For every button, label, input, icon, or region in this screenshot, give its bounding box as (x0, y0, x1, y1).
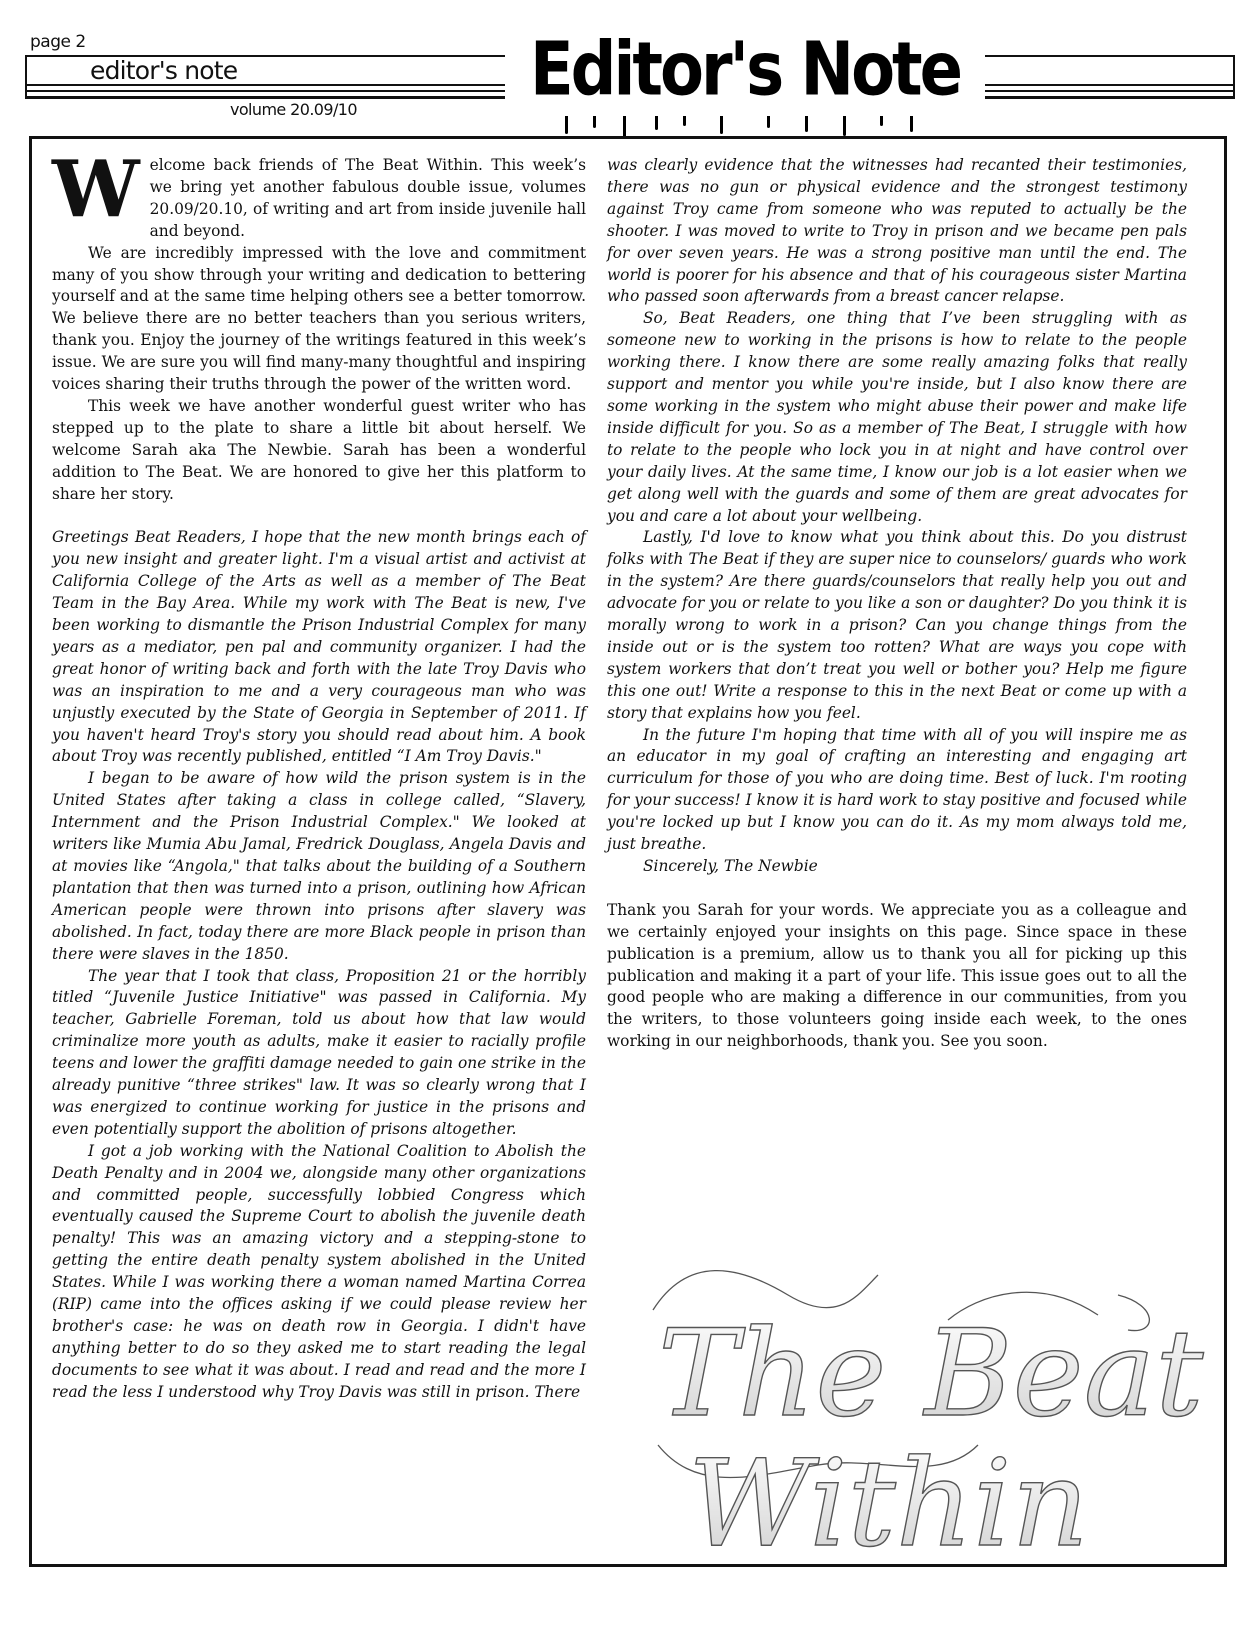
page-header: page 2 editor's note volume 20.09/10 Edi… (0, 0, 1257, 140)
masthead-logo: Editor's Note (505, 20, 985, 135)
the-beat-within-artwork: The Beat Within (618, 1235, 1208, 1555)
guest-letter-paragraph: Lastly, I'd love to know what you think … (607, 527, 1187, 724)
paint-drip-icon (655, 116, 658, 130)
guest-letter-paragraph: Greetings Beat Readers, I hope that the … (52, 527, 586, 768)
guest-letter-paragraph: So, Beat Readers, one thing that I’ve be… (607, 308, 1187, 527)
paint-drip-icon (565, 116, 568, 134)
guest-letter-signoff: Sincerely, The Newbie (607, 856, 1187, 878)
masthead-title: Editor's Note (505, 28, 985, 113)
svg-text:Within: Within (688, 1435, 1089, 1555)
closing-paragraph: Thank you Sarah for your words. We appre… (607, 900, 1187, 1053)
guest-letter-paragraph: I began to be aware of how wild the pris… (52, 768, 586, 965)
calligraphy-illustration-icon: The Beat Within (618, 1235, 1208, 1555)
svg-text:The Beat: The Beat (658, 1305, 1204, 1444)
section-label: editor's note (90, 56, 237, 85)
paint-drip-icon (805, 116, 808, 132)
intro-paragraph: Welcome back friends of The Beat Within.… (52, 155, 586, 243)
paint-drip-icon (910, 116, 913, 132)
paint-drip-icon (623, 116, 626, 138)
dropcap: W (52, 159, 140, 221)
article-column-right: was clearly evidence that the witnesses … (607, 155, 1187, 1053)
paint-drip-icon (843, 116, 846, 136)
article-column-left: Welcome back friends of The Beat Within.… (52, 155, 586, 1404)
paint-drip-icon (593, 116, 596, 128)
guest-letter-paragraph: The year that I took that class, Proposi… (52, 966, 586, 1141)
paint-drip-icon (880, 116, 883, 126)
paint-drip-icon (720, 116, 723, 134)
guest-letter-paragraph: was clearly evidence that the witnesses … (607, 155, 1187, 308)
intro-paragraph: We are incredibly impressed with the lov… (52, 243, 586, 396)
page-number: page 2 (30, 32, 86, 52)
paint-drip-icon (767, 116, 770, 128)
guest-letter-paragraph: I got a job working with the National Co… (52, 1141, 586, 1404)
paint-drip-icon (683, 116, 686, 126)
intro-paragraph: This week we have another wonderful gues… (52, 396, 586, 506)
guest-letter-paragraph: In the future I'm hoping that time with … (607, 725, 1187, 856)
volume-label: volume 20.09/10 (230, 100, 357, 119)
